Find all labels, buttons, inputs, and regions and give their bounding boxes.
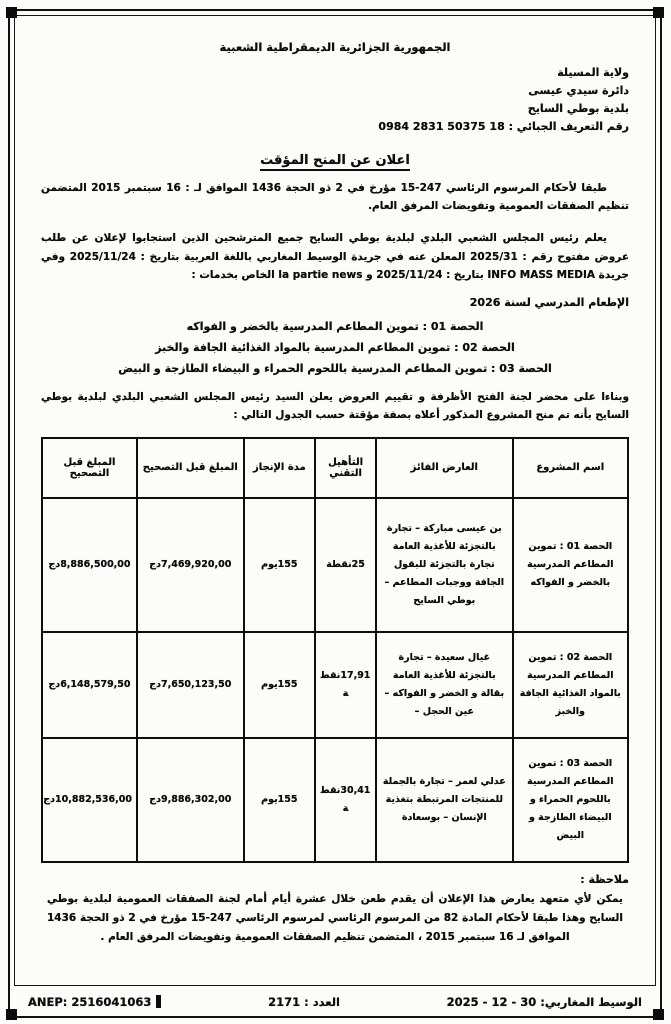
table-header-row: اسم المشروع العارض الفائز التأهيل التقني… [42, 438, 628, 498]
lots-list: الحصة 01 : تموين المطاعم المدرسية بالخضر… [41, 317, 629, 380]
cell-amount-after: 6,148,579,50دج [42, 632, 137, 738]
cell-amount-after: 8,886,500,00دج [42, 498, 137, 632]
cell-completion-period: 155يوم [244, 498, 315, 632]
cell-completion-period: 155يوم [244, 632, 315, 738]
lot-line-3: الحصة 03 : تموين المطاعم المدرسية باللحو… [41, 359, 629, 380]
award-paragraph: وبناءا على محضر لجنة الفتح الأظرفة و تقي… [41, 388, 629, 425]
cell-amount-before: 7,650,123,50دج [137, 632, 244, 738]
cell-completion-period: 155يوم [244, 738, 315, 862]
cell-amount-before: 7,469,920,00دج [137, 498, 244, 632]
table-row: الحصة 03 : تموين المطاعم المدرسية باللحو… [42, 738, 628, 862]
cell-project-name: الحصة 03 : تموين المطاعم المدرسية باللحو… [513, 738, 628, 862]
col-header-winning-bidder: العارض الفائز [376, 438, 513, 498]
announcement-paragraph: يعلم رئيس المجلس الشعبي البلدي لبلدية بو… [41, 229, 629, 284]
anep-reference: ANEP: 2516041063 [28, 995, 151, 1009]
col-header-amount-before-correction: المبلغ قبل التصحيح [137, 438, 244, 498]
inner-border-frame: الجمهورية الجزائرية الديمقراطية الشعبية … [14, 15, 656, 986]
provisional-award-table: اسم المشروع العارض الفائز التأهيل التقني… [41, 437, 629, 863]
cell-technical-score: 17,91نقطة [315, 632, 376, 738]
cell-winning-bidder: عدلي لعمر – تجارة بالجملة للمنتجات المرت… [376, 738, 513, 862]
publication-footer-bar: الوسيط المغاربي: 30 - 12 - 2025 العدد : … [16, 990, 654, 1013]
document-content: الجمهورية الجزائرية الديمقراطية الشعبية … [15, 16, 655, 985]
footer-separator-bar [156, 995, 161, 1008]
lot-line-1: الحصة 01 : تموين المطاعم المدرسية بالخضر… [41, 317, 629, 338]
cell-technical-score: 30,41نقطة [315, 738, 376, 862]
cell-project-name: الحصة 02 : تموين المطاعم المدرسية بالموا… [513, 632, 628, 738]
tax-id-label: رقم التعريف الجبائي : [509, 120, 629, 133]
subject-line: الإطعام المدرسي لسنة 2026 [41, 296, 629, 309]
cell-winning-bidder: غيال سعيدة – تجارة بالتجزئة للأغذية العا… [376, 632, 513, 738]
col-header-completion-period: مدة الإنجاز [244, 438, 315, 498]
table-row: الحصة 01 : تموين المطاعم المدرسية بالخضر… [42, 498, 628, 632]
wilaya-line: ولاية المسيلة [41, 64, 629, 82]
cell-amount-after: 10,882,536,00دج [42, 738, 137, 862]
decree-paragraph: طبقا لأحكام المرسوم الرئاسي 247-15 مؤرخ … [41, 179, 629, 216]
cell-winning-bidder: بن عيسى مباركة – تجارة بالتجزئة للأغذية … [376, 498, 513, 632]
col-header-amount-after-correction: المبلغ قبل التصحيح [42, 438, 137, 498]
scanned-announcement-page: الجمهورية الجزائرية الديمقراطية الشعبية … [0, 0, 671, 1024]
commune-line: بلدية بوطي السايح [41, 100, 629, 118]
cell-project-name: الحصة 01 : تموين المطاعم المدرسية بالخضر… [513, 498, 628, 632]
republic-heading: الجمهورية الجزائرية الديمقراطية الشعبية [41, 40, 629, 54]
cell-technical-score: 25نقطة [315, 498, 376, 632]
col-header-project-name: اسم المشروع [513, 438, 628, 498]
journal-and-date: الوسيط المغاربي: 30 - 12 - 2025 [447, 995, 642, 1009]
lot-line-2: الحصة 02 : تموين المطاعم المدرسية بالموا… [41, 338, 629, 359]
issuing-authority-block: ولاية المسيلة دائرة سيدي عيسى بلدية بوطي… [41, 64, 629, 137]
tax-id-value: 0984 2831 50375 18 [378, 120, 504, 133]
page-border-frame: الجمهورية الجزائرية الديمقراطية الشعبية … [8, 9, 662, 1018]
col-header-technical-score: التأهيل التقني [315, 438, 376, 498]
anep-group: ANEP: 2516041063 [28, 995, 161, 1009]
note-label: ملاحظة : [41, 873, 629, 886]
daira-line: دائرة سيدي عيسى [41, 82, 629, 100]
document-title-row: اعلان عن المنح المؤقت [41, 149, 629, 171]
issue-number: العدد : 2171 [268, 995, 340, 1009]
document-title: اعلان عن المنح المؤقت [260, 153, 410, 171]
note-paragraph: يمكن لأي متعهد يعارض هذا الإعلان أن يقدم… [41, 890, 629, 947]
cell-amount-before: 9,886,302,00دج [137, 738, 244, 862]
table-row: الحصة 02 : تموين المطاعم المدرسية بالموا… [42, 632, 628, 738]
tax-id-line: رقم التعريف الجبائي : 0984 2831 50375 18 [41, 118, 629, 136]
frame-corner-mark [653, 1009, 664, 1020]
